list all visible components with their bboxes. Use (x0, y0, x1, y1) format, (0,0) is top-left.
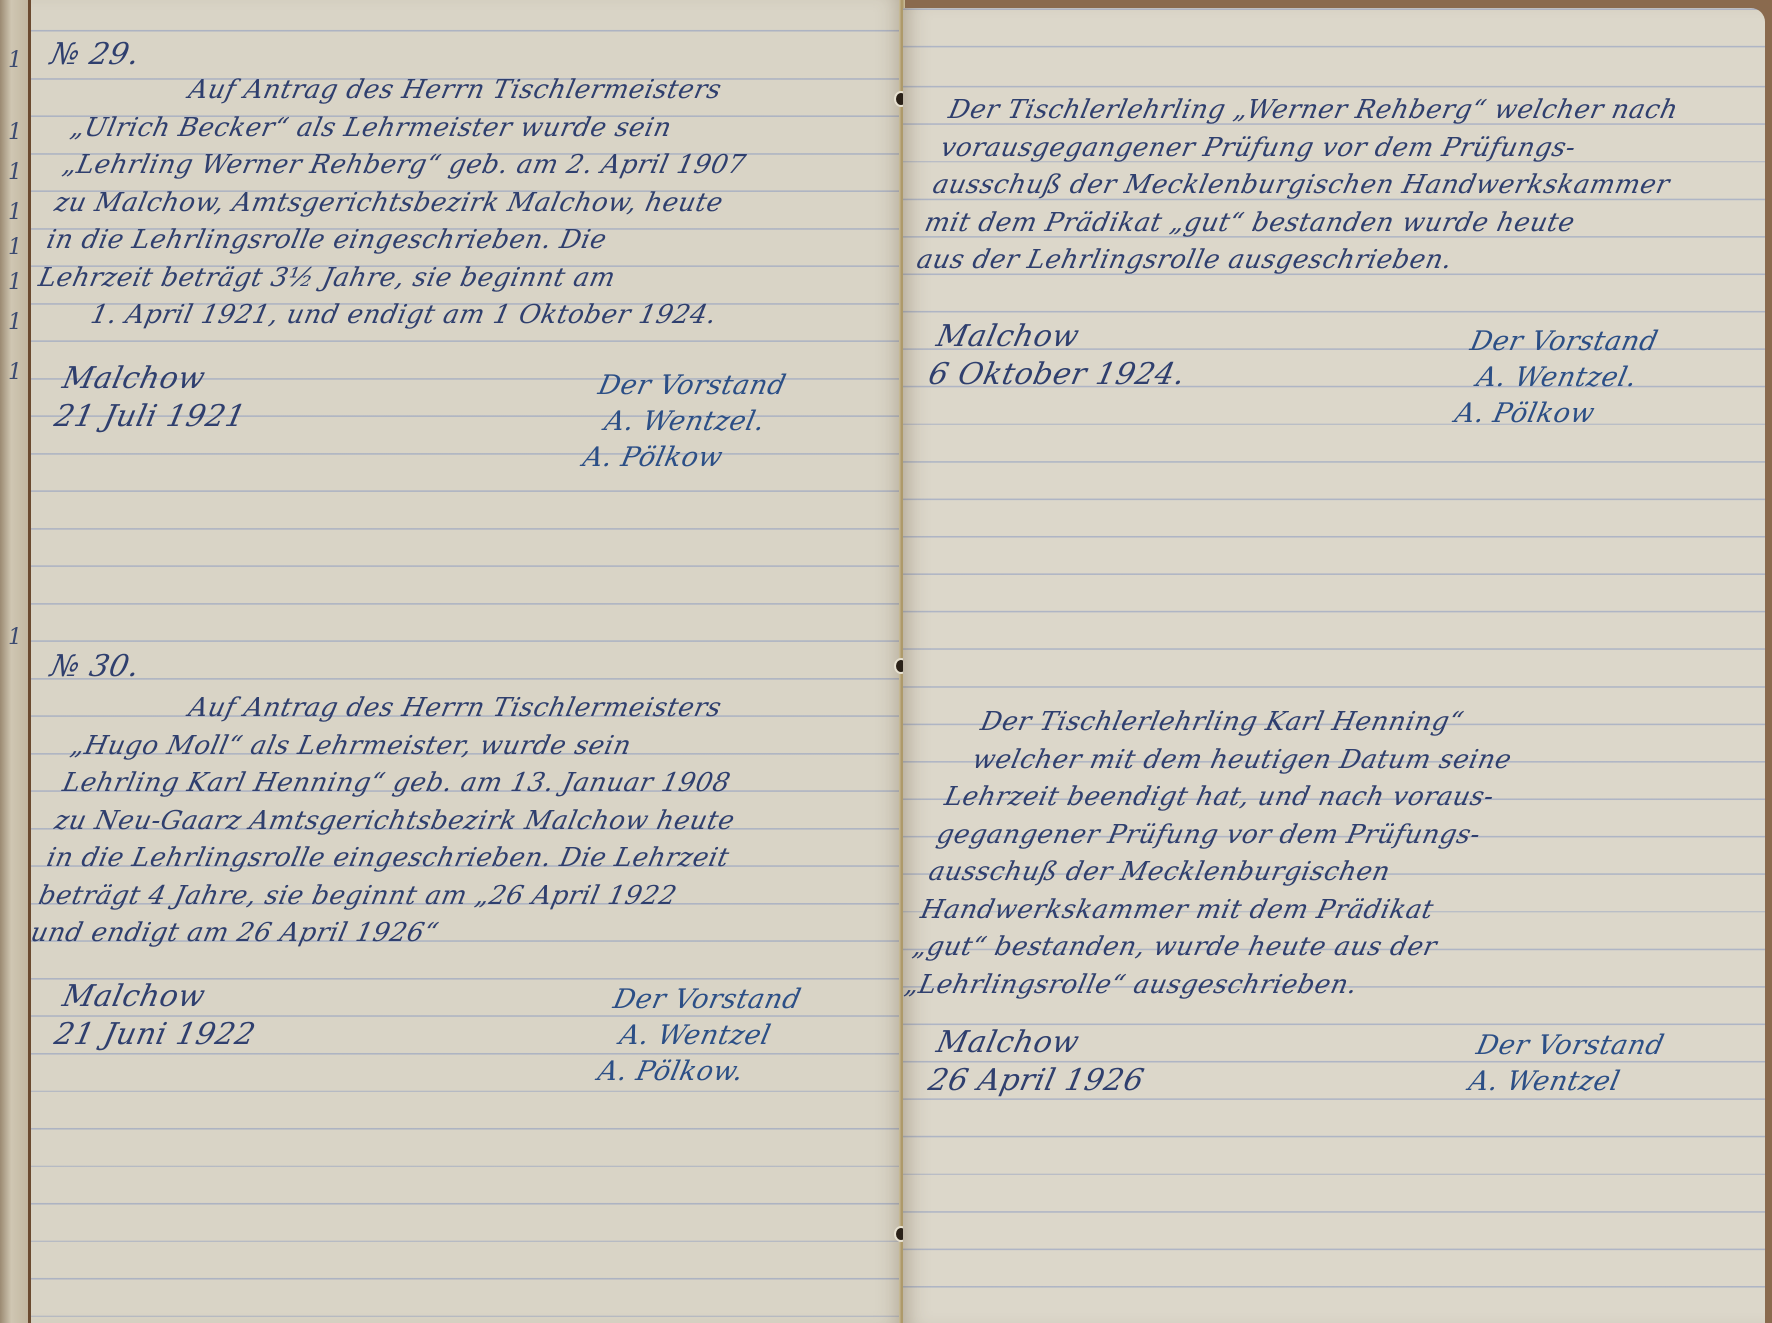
entry-line: „Lehrlingsrolle“ ausgeschrieben. (901, 967, 1467, 1005)
place: Malchow (59, 360, 257, 398)
entry-line: und endigt am 26 April 1926“ (27, 915, 717, 953)
signature-title: Der Vorstand (1467, 324, 1661, 360)
margin-mark: 1 (8, 160, 22, 185)
signature-name: A. Wentzel (1465, 1064, 1659, 1100)
place-date: Malchow 6 Oktober 1924. (925, 318, 1197, 394)
signature-block: Der Vorstand A. Wentzel. A. Pölkow (1452, 324, 1662, 432)
entry-line: gegangener Prüfung vor dem Prüfungs- (933, 817, 1499, 855)
entry-line: Der Tischlerlehrling Karl Henning“ (957, 704, 1523, 742)
place: Malchow (933, 1024, 1156, 1062)
entry-line: Lehrling Karl Henning“ geb. am 13. Janua… (59, 765, 749, 803)
signature-block: Der Vorstand A. Wentzel. A. Pölkow (580, 368, 790, 476)
entry-body: Auf Antrag des Herrn Tischlermeisters „H… (27, 690, 764, 953)
previous-page-edge: 1 1 1 1 1 1 1 1 1 (0, 0, 31, 1323)
entry-number: № 30. (47, 648, 143, 686)
entry-line: Lehrzeit beträgt 3½ Jahre, sie beginnt a… (35, 260, 728, 298)
date: 21 Juli 1921 (51, 398, 249, 436)
signature-name: A. Pölkow (580, 440, 774, 476)
entry-line: ausschuß der Mecklenburgischen (925, 854, 1491, 892)
left-page: № 29. Auf Antrag des Herrn Tischlermeist… (31, 0, 903, 1323)
signature-name: A. Pölkow (1452, 396, 1646, 432)
right-page: Der Tischlerlehrling „Werner Rehberg“ we… (903, 8, 1765, 1323)
margin-mark: 1 (8, 120, 22, 145)
entry-line: vorausgegangener Prüfung vor dem Prüfung… (937, 130, 1681, 168)
date: 26 April 1926 (925, 1062, 1148, 1100)
entry-line: Auf Antrag des Herrn Tischlermeisters (75, 72, 768, 110)
margin-mark: 1 (8, 360, 22, 385)
signature-title: Der Vorstand (1473, 1028, 1667, 1064)
entry-line: beträgt 4 Jahre, sie beginnt am „26 Apri… (35, 878, 725, 916)
margin-mark: 1 (8, 270, 22, 295)
entry-line: „Ulrich Becker“ als Lehrmeister wurde se… (67, 110, 760, 148)
entry-line: „Lehrling Werner Rehberg“ geb. am 2. Apr… (59, 147, 752, 185)
signature-name: A. Pölkow. (595, 1054, 789, 1090)
entry-line: „Hugo Moll“ als Lehrmeister, wurde sein (67, 728, 757, 766)
signature-name: A. Wentzel. (587, 404, 781, 440)
signature-name: A. Wentzel. (1459, 360, 1653, 396)
place-date: Malchow 21 Juni 1922 (51, 978, 267, 1054)
entry-line: Der Tischlerlehrling „Werner Rehberg“ we… (945, 92, 1689, 130)
place: Malchow (933, 318, 1197, 356)
entry-line: zu Malchow, Amtsgerichtsbezirk Malchow, … (51, 185, 744, 223)
entry-line: in die Lehrlingsrolle eingeschrieben. Di… (43, 840, 733, 878)
entry-line: zu Neu-Gaarz Amtsgerichtsbezirk Malchow … (51, 803, 741, 841)
open-register-book: 1 1 1 1 1 1 1 1 1 № 29. Auf Antrag des H… (0, 0, 1772, 1323)
margin-mark: 1 (8, 48, 22, 73)
place: Malchow (59, 978, 267, 1016)
entry-line: welcher mit dem heutigen Datum seine (949, 742, 1515, 780)
entry-line: Lehrzeit beendigt hat, und nach voraus- (941, 779, 1507, 817)
entry-body: Der Tischlerlehrling „Werner Rehberg“ we… (913, 92, 1689, 280)
signature-block: Der Vorstand A. Wentzel (1465, 1028, 1667, 1100)
signature-name: A. Wentzel (602, 1018, 796, 1054)
entry-number: № 29. (47, 36, 143, 74)
signature-title: Der Vorstand (610, 982, 804, 1018)
entry-line: Auf Antrag des Herrn Tischlermeisters (75, 690, 765, 728)
entry-line: mit dem Prädikat „gut“ bestanden wurde h… (921, 205, 1665, 243)
entry-line: „gut“ bestanden, wurde heute aus der (909, 929, 1475, 967)
signature-block: Der Vorstand A. Wentzel A. Pölkow. (595, 982, 805, 1090)
margin-mark: 1 (8, 200, 22, 225)
date: 21 Juni 1922 (51, 1016, 259, 1054)
margin-mark: 1 (8, 310, 22, 335)
margin-mark: 1 (8, 625, 22, 650)
margin-mark: 1 (8, 235, 22, 260)
date: 6 Oktober 1924. (925, 356, 1189, 394)
entry-line: aus der Lehrlingsrolle ausgeschrieben. (913, 242, 1657, 280)
entry-line: 1. April 1921, und endigt am 1 Oktober 1… (27, 297, 720, 335)
entry-line: ausschuß der Mecklenburgischen Handwerks… (929, 167, 1673, 205)
place-date: Malchow 21 Juli 1921 (51, 360, 257, 436)
entry-body: Auf Antrag des Herrn Tischlermeisters „U… (27, 72, 768, 335)
entry-line: Handwerkskammer mit dem Prädikat (917, 892, 1483, 930)
place-date: Malchow 26 April 1926 (925, 1024, 1156, 1100)
entry-line: in die Lehrlingsrolle eingeschrieben. Di… (43, 222, 736, 260)
signature-title: Der Vorstand (595, 368, 789, 404)
entry-body: Der Tischlerlehrling Karl Henning“ welch… (901, 704, 1523, 1004)
